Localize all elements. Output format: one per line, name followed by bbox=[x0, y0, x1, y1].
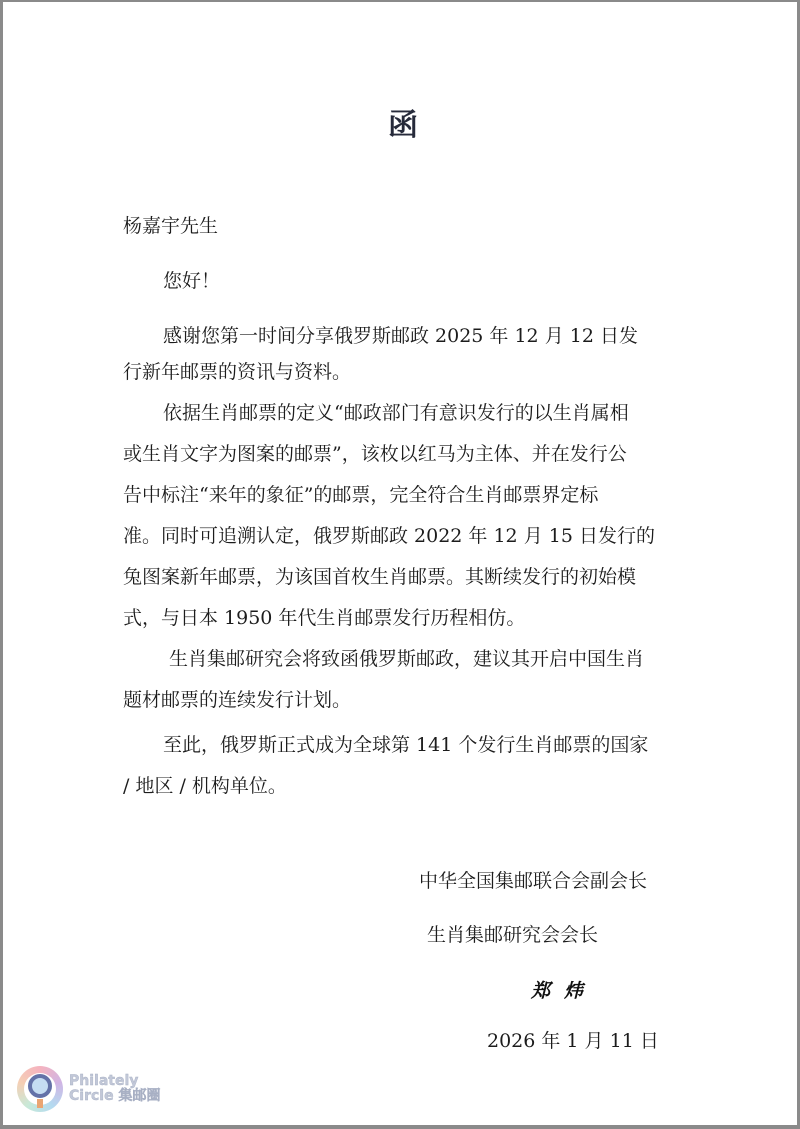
body-line: 兔图案新年邮票，为该国首枚生肖邮票。其断续发行的初始模 bbox=[123, 565, 636, 589]
body-line: 或生肖文字为图案的邮票”，该枚以红马为主体、并在发行公 bbox=[123, 442, 627, 466]
body-line: 准。同时可追溯认定，俄罗斯邮政 2022 年 12 月 15 日发行的 bbox=[123, 524, 655, 548]
signer-name: 郑炜 bbox=[531, 976, 597, 1003]
letter-title: 函 bbox=[3, 100, 800, 144]
body-line: 生肖集邮研究会将致函俄罗斯邮政，建议其开启中国生肖 bbox=[169, 647, 644, 671]
watermark-line-2: Circle 集邮圈 bbox=[69, 1089, 160, 1104]
body-line: 至此，俄罗斯正式成为全球第 141 个发行生肖邮票的国家 bbox=[163, 733, 648, 757]
greeting: 您好！ bbox=[163, 269, 220, 293]
watermark: Philately Circle 集邮圈 bbox=[17, 1066, 160, 1112]
body-line: 告中标注“来年的象征”的邮票，完全符合生肖邮票界定标 bbox=[123, 483, 598, 507]
watermark-line-1: Philately bbox=[69, 1074, 160, 1089]
letter-page: 函 杨嘉宇先生 您好！ 感谢您第一时间分享俄罗斯邮政 2025 年 12 月 1… bbox=[0, 0, 800, 1129]
body-line: 依据生肖邮票的定义“邮政部门有意识发行的以生肖属相 bbox=[163, 401, 629, 425]
body-line: / 地区 / 机构单位。 bbox=[123, 774, 287, 798]
signer-title-1: 中华全国集邮联合会副会长 bbox=[419, 869, 647, 893]
watermark-text: Philately Circle 集邮圈 bbox=[69, 1074, 160, 1104]
body-line: 行新年邮票的资讯与资料。 bbox=[123, 360, 351, 384]
magnifier-logo-icon bbox=[17, 1066, 63, 1112]
signer-title-2: 生肖集邮研究会会长 bbox=[427, 923, 598, 947]
salutation: 杨嘉宇先生 bbox=[123, 214, 218, 238]
body-line: 感谢您第一时间分享俄罗斯邮政 2025 年 12 月 12 日发 bbox=[163, 324, 638, 348]
letter-date: 2026 年 1 月 11 日 bbox=[487, 1029, 659, 1053]
body-line: 式，与日本 1950 年代生肖邮票发行历程相仿。 bbox=[123, 606, 525, 630]
body-line: 题材邮票的连续发行计划。 bbox=[123, 688, 351, 712]
